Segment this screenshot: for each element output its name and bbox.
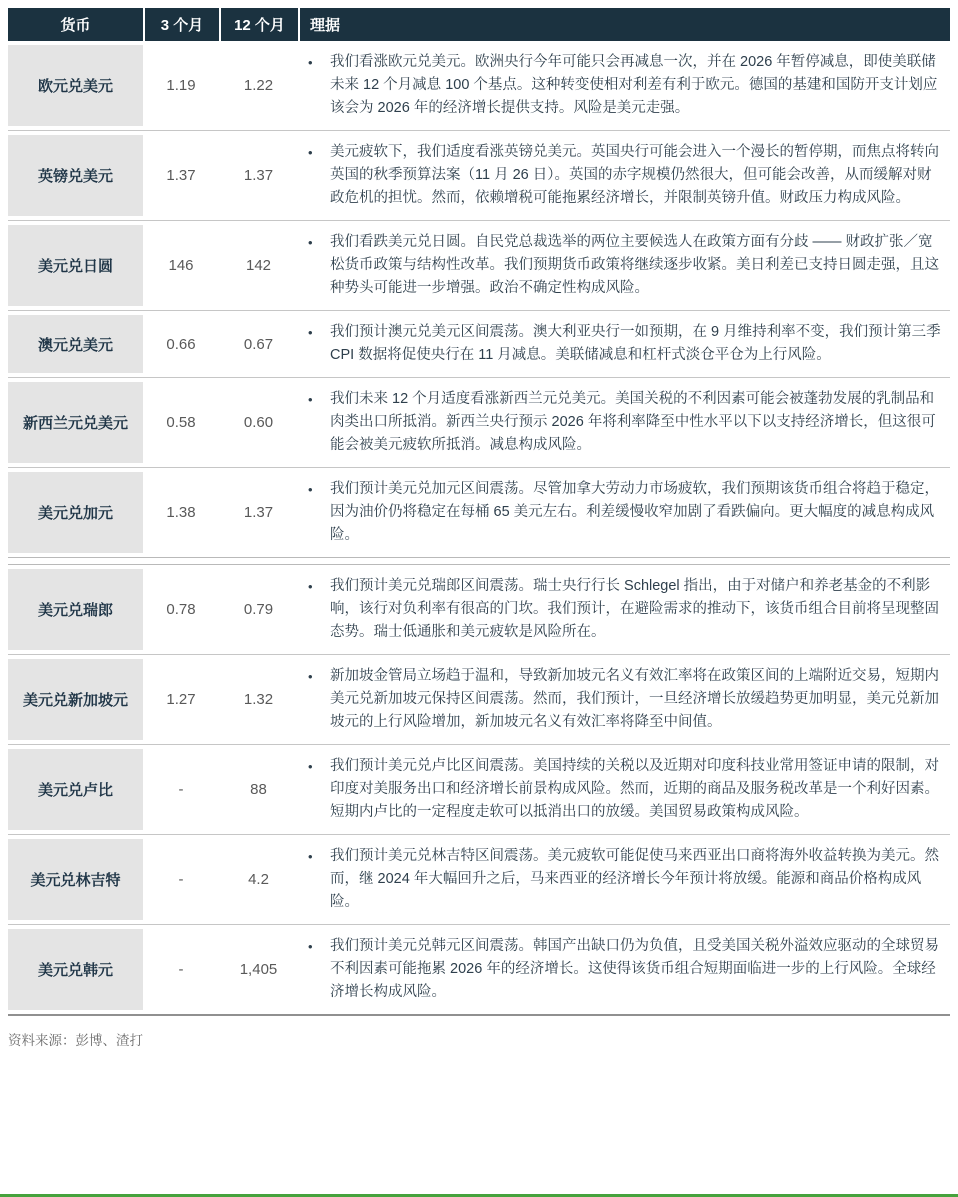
table-row: 美元兑林吉特 - 4.2 • 我们预计美元兑林吉特区间震荡。美元疲软可能促使马来… (8, 835, 950, 924)
rationale-text: 我们预计美元兑瑞郎区间震荡。瑞士央行行长 Schlegel 指出，由于对储户和养… (330, 575, 944, 644)
value-12m: 1.37 (219, 131, 298, 220)
currency-label: 英镑兑美元 (8, 135, 143, 216)
rationale-cell: • 我们预计美元兑加元区间震荡。尽管加拿大劳动力市场疲软，我们预期该货币组合将趋… (298, 468, 950, 557)
bullet-icon: • (308, 755, 330, 778)
value-3m: - (143, 835, 219, 924)
rationale-text: 我们看涨欧元兑美元。欧洲央行今年可能只会再减息一次，并在 2026 年暂停减息，… (330, 51, 944, 120)
bullet-icon: • (308, 141, 330, 164)
rationale-cell: • 我们预计美元兑瑞郎区间震荡。瑞士央行行长 Schlegel 指出，由于对储户… (298, 565, 950, 654)
column-header-rationale: 理据 (298, 8, 950, 41)
table-row: 新西兰元兑美元 0.58 0.60 • 我们未来 12 个月适度看涨新西兰元兑美… (8, 378, 950, 467)
rationale-text: 我们预计美元兑韩元区间震荡。韩国产出缺口仍为负值，且受美国关税外溢效应驱动的全球… (330, 935, 944, 1004)
currency-label: 美元兑韩元 (8, 929, 143, 1010)
page: 货币 3 个月 12 个月 理据 欧元兑美元 1.19 1.22 • 我们看涨欧… (0, 0, 958, 1197)
table-row: 英镑兑美元 1.37 1.37 • 美元疲软下，我们适度看涨英镑兑美元。英国央行… (8, 131, 950, 220)
bullet-icon: • (308, 665, 330, 688)
currency-label: 美元兑卢比 (8, 749, 143, 830)
bullet-icon: • (308, 231, 330, 254)
table-row: 美元兑日圆 146 142 • 我们看跌美元兑日圆。自民党总裁选举的两位主要候选… (8, 221, 950, 310)
column-header-12m: 12 个月 (219, 8, 298, 41)
value-3m: 1.27 (143, 655, 219, 744)
table-row: 美元兑加元 1.38 1.37 • 我们预计美元兑加元区间震荡。尽管加拿大劳动力… (8, 468, 950, 557)
rationale-text: 我们预计美元兑林吉特区间震荡。美元疲软可能促使马来西亚出口商将海外收益转换为美元… (330, 845, 944, 914)
rationale-cell: • 我们未来 12 个月适度看涨新西兰元兑美元。美国关税的不利因素可能会被蓬勃发… (298, 378, 950, 467)
rationale-text: 我们预计澳元兑美元区间震荡。澳大利亚央行一如预期，在 9 月维持利率不变，我们预… (330, 321, 944, 367)
value-3m: 0.66 (143, 311, 219, 377)
bullet-icon: • (308, 321, 330, 344)
source-note: 资料来源：彭博、渣打 (8, 1029, 950, 1049)
row-divider (8, 557, 950, 565)
currency-label: 美元兑日圆 (8, 225, 143, 306)
rationale-cell: • 我们看涨欧元兑美元。欧洲央行今年可能只会再减息一次，并在 2026 年暂停减… (298, 41, 950, 130)
table-body: 欧元兑美元 1.19 1.22 • 我们看涨欧元兑美元。欧洲央行今年可能只会再减… (8, 41, 950, 1016)
value-12m: 1,405 (219, 925, 298, 1014)
column-header-3m: 3 个月 (143, 8, 219, 41)
rationale-text: 新加坡金管局立场趋于温和，导致新加坡元名义有效汇率将在政策区间的上端附近交易，短… (330, 665, 944, 734)
row-divider (8, 1014, 950, 1016)
rationale-text: 美元疲软下，我们适度看涨英镑兑美元。英国央行可能会进入一个漫长的暂停期，而焦点将… (330, 141, 944, 210)
value-12m: 4.2 (219, 835, 298, 924)
value-3m: 1.19 (143, 41, 219, 130)
table-row: 美元兑韩元 - 1,405 • 我们预计美元兑韩元区间震荡。韩国产出缺口仍为负值… (8, 925, 950, 1014)
table-header-row: 货币 3 个月 12 个月 理据 (8, 8, 950, 41)
bullet-icon: • (308, 388, 330, 411)
bullet-icon: • (308, 51, 330, 74)
value-12m: 1.32 (219, 655, 298, 744)
bullet-icon: • (308, 935, 330, 958)
rationale-cell: • 我们预计美元兑卢比区间震荡。美国持续的关税以及近期对印度科技业常用签证申请的… (298, 745, 950, 834)
column-header-currency: 货币 (8, 8, 143, 41)
currency-label: 欧元兑美元 (8, 45, 143, 126)
rationale-cell: • 我们预计美元兑林吉特区间震荡。美元疲软可能促使马来西亚出口商将海外收益转换为… (298, 835, 950, 924)
currency-label: 澳元兑美元 (8, 315, 143, 373)
value-12m: 142 (219, 221, 298, 310)
currency-label: 美元兑瑞郎 (8, 569, 143, 650)
rationale-cell: • 我们预计美元兑韩元区间震荡。韩国产出缺口仍为负值，且受美国关税外溢效应驱动的… (298, 925, 950, 1014)
rationale-text: 我们看跌美元兑日圆。自民党总裁选举的两位主要候选人在政策方面有分歧 —— 财政扩… (330, 231, 944, 300)
currency-label: 美元兑加元 (8, 472, 143, 553)
bullet-icon: • (308, 575, 330, 598)
value-3m: - (143, 925, 219, 1014)
rationale-cell: • 我们看跌美元兑日圆。自民党总裁选举的两位主要候选人在政策方面有分歧 —— 财… (298, 221, 950, 310)
bullet-icon: • (308, 845, 330, 868)
value-3m: 0.78 (143, 565, 219, 654)
value-12m: 88 (219, 745, 298, 834)
value-12m: 0.67 (219, 311, 298, 377)
rationale-cell: • 我们预计澳元兑美元区间震荡。澳大利亚央行一如预期，在 9 月维持利率不变，我… (298, 311, 950, 377)
value-3m: - (143, 745, 219, 834)
table-row: 美元兑新加坡元 1.27 1.32 • 新加坡金管局立场趋于温和，导致新加坡元名… (8, 655, 950, 744)
currency-label: 美元兑林吉特 (8, 839, 143, 920)
value-12m: 0.79 (219, 565, 298, 654)
table-row: 欧元兑美元 1.19 1.22 • 我们看涨欧元兑美元。欧洲央行今年可能只会再减… (8, 41, 950, 130)
spacer (0, 1049, 958, 1180)
bullet-icon: • (308, 478, 330, 501)
rationale-cell: • 美元疲软下，我们适度看涨英镑兑美元。英国央行可能会进入一个漫长的暂停期，而焦… (298, 131, 950, 220)
value-12m: 0.60 (219, 378, 298, 467)
value-3m: 146 (143, 221, 219, 310)
table-row: 澳元兑美元 0.66 0.67 • 我们预计澳元兑美元区间震荡。澳大利亚央行一如… (8, 311, 950, 377)
rationale-text: 我们未来 12 个月适度看涨新西兰元兑美元。美国关税的不利因素可能会被蓬勃发展的… (330, 388, 944, 457)
rationale-cell: • 新加坡金管局立场趋于温和，导致新加坡元名义有效汇率将在政策区间的上端附近交易… (298, 655, 950, 744)
currency-label: 新西兰元兑美元 (8, 382, 143, 463)
value-12m: 1.22 (219, 41, 298, 130)
value-3m: 1.38 (143, 468, 219, 557)
value-3m: 1.37 (143, 131, 219, 220)
currency-label: 美元兑新加坡元 (8, 659, 143, 740)
value-12m: 1.37 (219, 468, 298, 557)
value-3m: 0.58 (143, 378, 219, 467)
table-row: 美元兑卢比 - 88 • 我们预计美元兑卢比区间震荡。美国持续的关税以及近期对印… (8, 745, 950, 834)
fx-forecast-table: 货币 3 个月 12 个月 理据 欧元兑美元 1.19 1.22 • 我们看涨欧… (8, 8, 950, 1016)
rationale-text: 我们预计美元兑加元区间震荡。尽管加拿大劳动力市场疲软，我们预期该货币组合将趋于稳… (330, 478, 944, 547)
rationale-text: 我们预计美元兑卢比区间震荡。美国持续的关税以及近期对印度科技业常用签证申请的限制… (330, 755, 944, 824)
table-row: 美元兑瑞郎 0.78 0.79 • 我们预计美元兑瑞郎区间震荡。瑞士央行行长 S… (8, 565, 950, 654)
